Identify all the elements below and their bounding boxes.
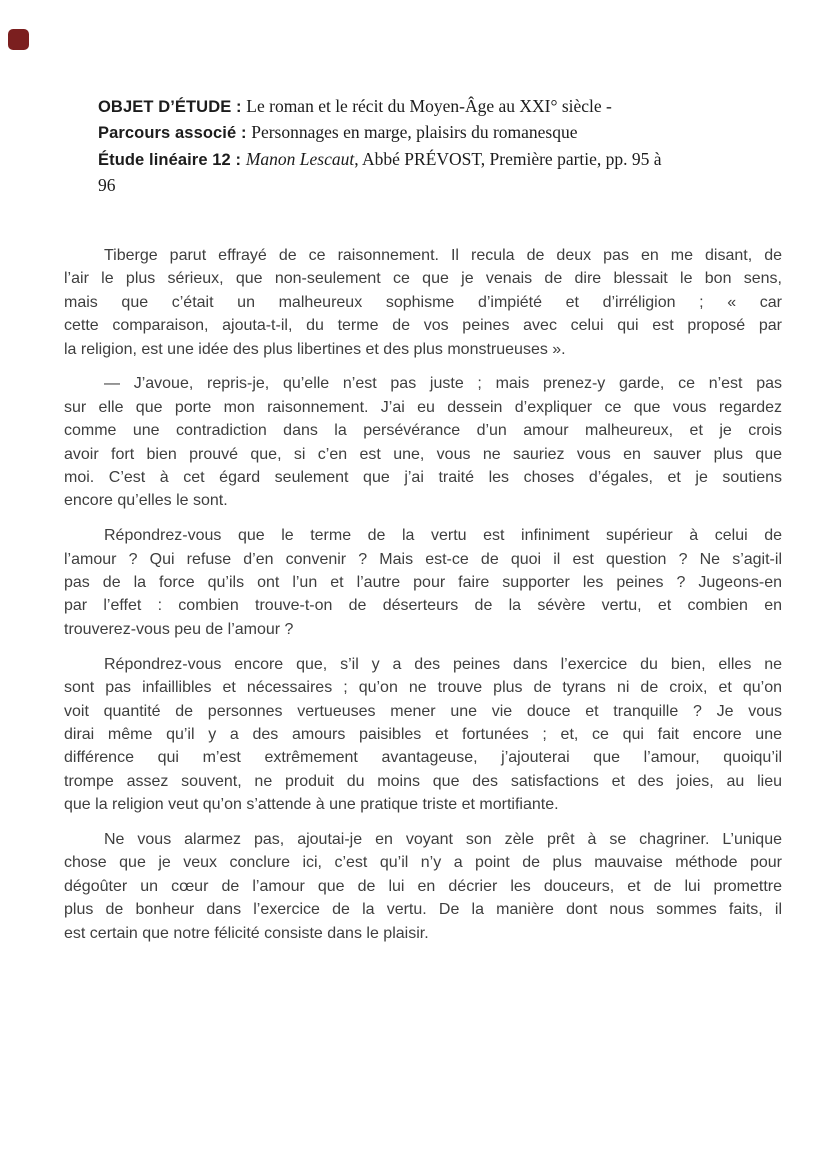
passage-line: Ne vous alarmez pas, ajoutai-je en voyan… (64, 828, 782, 851)
passage-line: que la religion veut qu’on s’attende à u… (64, 793, 782, 816)
passage-line: différence qui m’est extrêmement avantag… (64, 746, 782, 769)
passage-line: Répondrez-vous encore que, s’il y a des … (64, 653, 782, 676)
header-segment: OBJET D’ÉTUDE : (98, 98, 246, 116)
passage-paragraph: Tiberge parut effrayé de ce raisonnement… (64, 244, 782, 361)
document-page: OBJET D’ÉTUDE : Le roman et le récit du … (0, 0, 828, 1169)
header-line: 96 (98, 173, 778, 199)
passage-paragraphs: Tiberge parut effrayé de ce raisonnement… (64, 244, 782, 945)
header-segment: Personnages en marge, plaisirs du romane… (251, 122, 577, 142)
header-line: OBJET D’ÉTUDE : Le roman et le récit du … (98, 94, 778, 120)
passage-line: Répondrez-vous que le terme de la vertu … (64, 524, 782, 547)
red-corner-marker (8, 29, 29, 50)
passage-line: dégoûter un cœur de l’amour que de lui e… (64, 875, 782, 898)
header-line: Étude linéaire 12 : Manon Lescaut, Abbé … (98, 147, 778, 173)
text-body: Tiberge parut effrayé de ce raisonnement… (64, 244, 782, 956)
passage-line: 10moi. C’est à cet égard seulement que j… (64, 466, 782, 489)
header-segment: Manon Lescaut (246, 149, 354, 169)
passage-line: avoir fort bien prouvé que, si c’en est … (64, 443, 782, 466)
passage-line: encore qu’elles le sont. (64, 489, 782, 512)
passage-line: cette comparaison, ajouta-t-il, du terme… (64, 314, 782, 337)
passage-line: comme une contradiction dans la persévér… (64, 419, 782, 442)
header-segment: 96 (98, 175, 116, 195)
passage-line: 15par l’effet : combien trouve-t-on de d… (64, 594, 782, 617)
header-segment: Parcours associé : (98, 124, 251, 142)
passage-line: pas de la force qu’ils ont l’un et l’aut… (64, 571, 782, 594)
passage-line: voit quantité de personnes vertueuses me… (64, 700, 782, 723)
header-segment: Le roman et le récit du Moyen-Âge au XXI… (246, 96, 612, 116)
passage-line: plus de bonheur dans l’exercice de la ve… (64, 898, 782, 921)
passage-line: l’air le plus sérieux, que non-seulement… (64, 267, 782, 290)
passage-line: l’amour ? Qui refuse d’en convenir ? Mai… (64, 548, 782, 571)
passage-line: sur elle que porte mon raisonnement. J’a… (64, 396, 782, 419)
passage-line: Tiberge parut effrayé de ce raisonnement… (64, 244, 782, 267)
passage-paragraph: — J’avoue, repris-je, qu’elle n’est pas … (64, 372, 782, 512)
passage-line: mais que c’était un malheureux sophisme … (64, 291, 782, 314)
passage-line: sont pas infaillibles et nécessaires ; q… (64, 676, 782, 699)
study-header: OBJET D’ÉTUDE : Le roman et le récit du … (98, 94, 778, 200)
passage-line: 20dirai même qu’il y a des amours paisib… (64, 723, 782, 746)
passage-line: 5la religion, est une idée des plus libe… (64, 338, 782, 361)
header-line: Parcours associé : Personnages en marge,… (98, 120, 778, 146)
passage-line: est certain que notre félicité consiste … (64, 922, 782, 945)
passage-paragraph: Répondrez-vous que le terme de la vertu … (64, 524, 782, 641)
header-segment: Étude linéaire 12 : (98, 151, 246, 169)
passage-paragraph: Répondrez-vous encore que, s’il y a des … (64, 653, 782, 817)
passage-line: trompe assez souvent, ne produit du moin… (64, 770, 782, 793)
header-segment: , Abbé PRÉVOST, Première partie, pp. 95 … (354, 149, 661, 169)
passage-paragraph: Ne vous alarmez pas, ajoutai-je en voyan… (64, 828, 782, 945)
passage-line: trouverez-vous peu de l’amour ? (64, 618, 782, 641)
passage-line: 25chose que je veux conclure ici, c’est … (64, 851, 782, 874)
passage-line: — J’avoue, repris-je, qu’elle n’est pas … (64, 372, 782, 395)
